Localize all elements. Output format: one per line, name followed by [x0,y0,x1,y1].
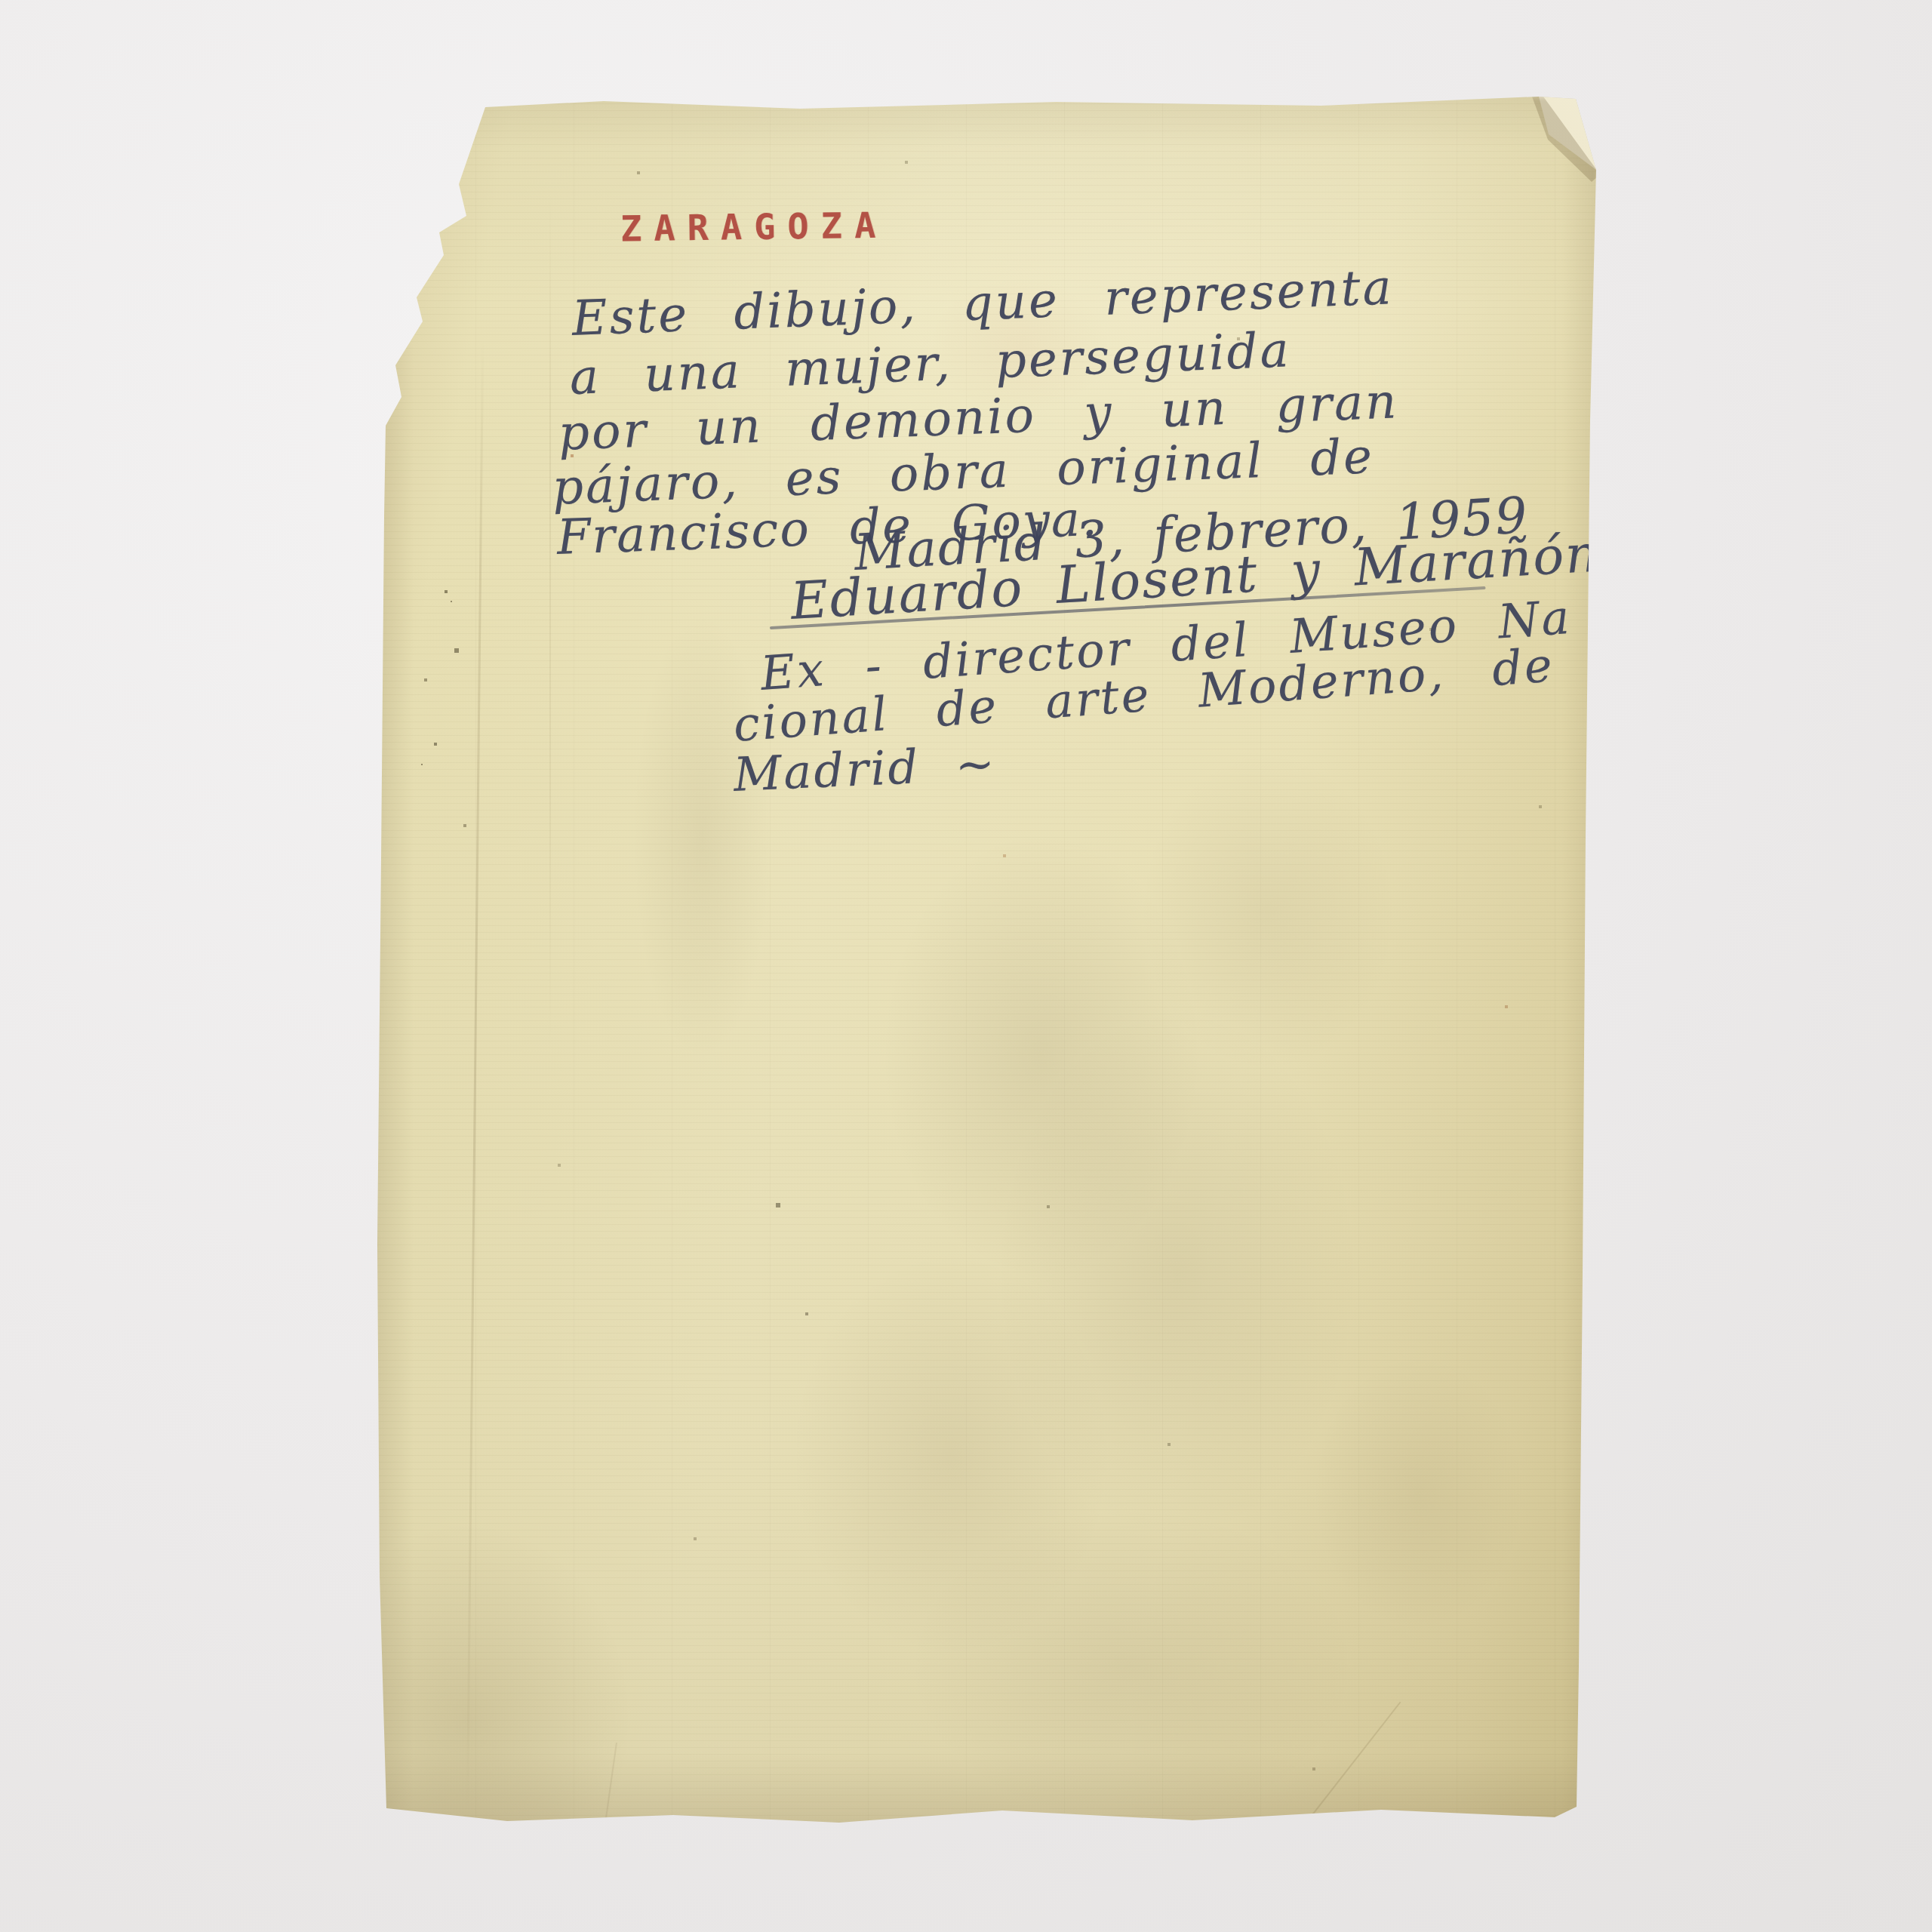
bottom-left-crease [592,1743,617,1915]
document-paper: ZARAGOZA Este dibujo, que representa a u… [377,97,1598,1823]
faint-crease-line [549,187,551,1055]
vertical-crease-line [466,338,485,1817]
zaragoza-stamp: ZARAGOZA [620,208,888,248]
note-credential-line: Madrid ~ [732,736,998,802]
paper-speckles [377,97,379,98]
photo-backdrop: ZARAGOZA Este dibujo, que representa a u… [0,0,1932,1932]
bottom-right-crease [1303,1702,1401,1828]
